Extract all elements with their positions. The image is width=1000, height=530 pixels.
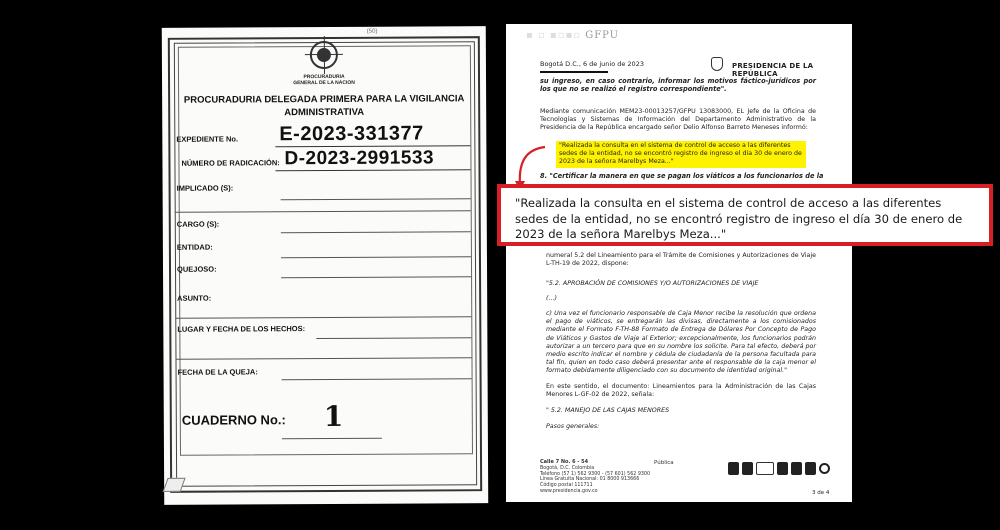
ellipsis: (...) (546, 295, 822, 303)
certification-badge-icon (728, 462, 739, 475)
cargo-label: CARGO (S): (177, 220, 220, 229)
colombia-coat-of-arms-icon (711, 57, 723, 71)
radicacion-label: NÚMERO DE RADICACIÓN: (181, 158, 279, 168)
paragraph-3: En este sentido, el documento: Lineamien… (546, 383, 816, 399)
paragraph-c: c) Una vez el funcionario responsable de… (546, 310, 816, 376)
highlighted-quote: "Realizada la consulta en el sistema de … (556, 141, 806, 168)
page-number: 3 de 4 (812, 490, 829, 496)
cuaderno-value: 1 (324, 400, 344, 433)
certification-badge-icon (791, 462, 802, 475)
folio-stamp: (50) (367, 29, 378, 35)
procuraduria-cover-document: (50) PROCURADURIA GENERAL DE LA NACION P… (162, 26, 488, 505)
implicado-label: IMPLICADO (S): (177, 183, 234, 192)
entidad-label: ENTIDAD: (177, 243, 213, 252)
cuaderno-label: CUADERNO No.: (182, 412, 286, 428)
seal-caption: PROCURADURIA GENERAL DE LA NACION (162, 73, 486, 87)
letter-header-ref: ▪ ▫ ▪▫▪▫ GFPU (526, 30, 619, 41)
certification-badge-icon (742, 462, 753, 475)
certification-ring-icon (819, 463, 830, 474)
callout-quote-text: "Realizada la consulta en el sistema de … (515, 196, 962, 241)
section-5-2-caja-title: " 5.2. MANEJO DE LAS CAJAS MENORES (546, 407, 822, 415)
certification-logos (728, 462, 830, 475)
quote-callout-box: "Realizada la consulta en el sistema de … (497, 184, 993, 246)
intro-text: su ingreso, en caso contrario, informar … (540, 77, 816, 93)
letter-date: Bogotá D.C., 6 de junio de 2023 (540, 60, 644, 68)
section-5-2-title: "5.2. APROBACIÓN DE COMISIONES Y/O AUTOR… (546, 280, 822, 288)
certification-badge-icon (777, 462, 788, 475)
expediente-label: EXPEDIENTE No. (176, 134, 238, 143)
expediente-value: E-2023-331377 (279, 122, 424, 146)
classification-label: Pública (654, 460, 674, 466)
presidencia-letter-document: ▪ ▫ ▪▫▪▫ GFPU Bogotá D.C., 6 de junio de… (506, 24, 852, 502)
cover-title: PROCURADURIA DELEGADA PRIMERA PARA LA VI… (162, 92, 486, 120)
pasos-generales: Pasos generales: (546, 423, 822, 431)
paragraph-1: Mediante comunicación MEM23-00013257/GFP… (540, 108, 816, 133)
footer-address: Calle 7 No. 6 - 54 Bogotá, D.C. Colombia… (540, 460, 650, 495)
issuer-title: PRESIDENCIA DE LA REPÚBLICA (732, 62, 852, 78)
fecha-queja-label: FECHA DE LA QUEJA: (178, 367, 258, 376)
asunto-label: ASUNTO: (177, 294, 211, 303)
radicacion-value: D-2023-2991533 (284, 147, 434, 170)
lugar-fecha-label: LUGAR Y FECHA DE LOS HECHOS: (177, 324, 305, 334)
item-8-heading: 8. "Certificar la manera en que se pagan… (540, 172, 823, 180)
certification-badge-icon (805, 462, 816, 475)
quejoso-label: QUEJOSO: (177, 265, 217, 274)
certification-badge-icon (756, 462, 774, 475)
paragraph-2: numeral 5.2 del Lineamiento para el Trám… (546, 252, 816, 268)
